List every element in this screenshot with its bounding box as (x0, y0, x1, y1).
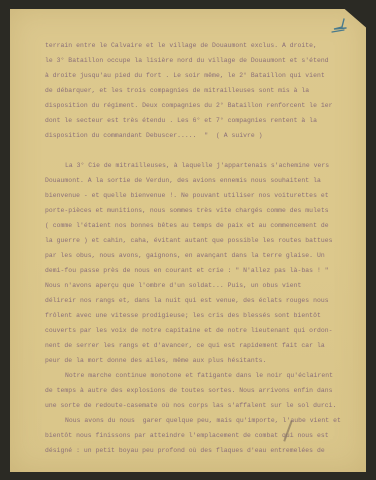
text-line: délireir nos rangs et, dans la nuit qui … (45, 293, 345, 308)
text-line: le 3° Bataillon occupe la lisière nord d… (45, 53, 345, 68)
text-line: de temps à autre des explosions de toute… (45, 383, 345, 398)
text-line: couverts par les voix de notre capitaine… (45, 323, 345, 338)
text-line: à droite jusqu'au pied du fort . Le soir… (45, 68, 345, 83)
text-line: de débarquer, et les trois compagnies de… (45, 83, 345, 98)
text-line: par les obus, nous avons, gaignons, en a… (45, 248, 345, 263)
text-line: disposition du régiment. Deux compagnies… (45, 98, 345, 113)
text-line: bientôt nous finissons par atteindre l'e… (45, 428, 345, 443)
paragraph-gap (45, 143, 345, 158)
text-line: nent de serrer les rangs et d'avancer, c… (45, 338, 345, 353)
text-line: bienvenue - et quelle bienvenue !. Ne po… (45, 188, 345, 203)
typewritten-text: terrain entre le Calvaire et le village … (45, 38, 345, 458)
text-line: porte-pièces et munitions, nous sommes t… (45, 203, 345, 218)
text-line: peur de la mort donne des ailes, même au… (45, 353, 345, 368)
text-line: frôlent avec une vitesse prodigieuse; le… (45, 308, 345, 323)
text-line: Nous n'avons aperçu que l'ombre d'un sol… (45, 278, 345, 293)
text-line: la guerre ) et cahin, caha, évitant auta… (45, 233, 345, 248)
text-line: La 3° Cie de mitrailleuses, à laquelle j… (45, 158, 345, 173)
text-line: ( comme l'étaient nos bonnes bêtes au te… (45, 218, 345, 233)
text-line: terrain entre le Calvaire et le village … (45, 38, 345, 53)
text-line: Notre marche continue monotone et fatiga… (45, 368, 345, 383)
text-line: une sorte de redoute-casemate où nos cor… (45, 398, 345, 413)
folio-number-mark (330, 17, 350, 37)
text-line: désigné : un petit boyau peu profond où … (45, 443, 345, 458)
text-line: Nous avons du nous garer quelque peu, ma… (45, 413, 345, 428)
text-line: disposition du commandant Debuscer..... … (45, 128, 345, 143)
text-line: dont le secteur est très étendu . Les 6°… (45, 113, 345, 128)
text-line: demi-fou passe près de nous en courant e… (45, 263, 345, 278)
text-line: Douaumont. A la sortie de Verdun, des av… (45, 173, 345, 188)
